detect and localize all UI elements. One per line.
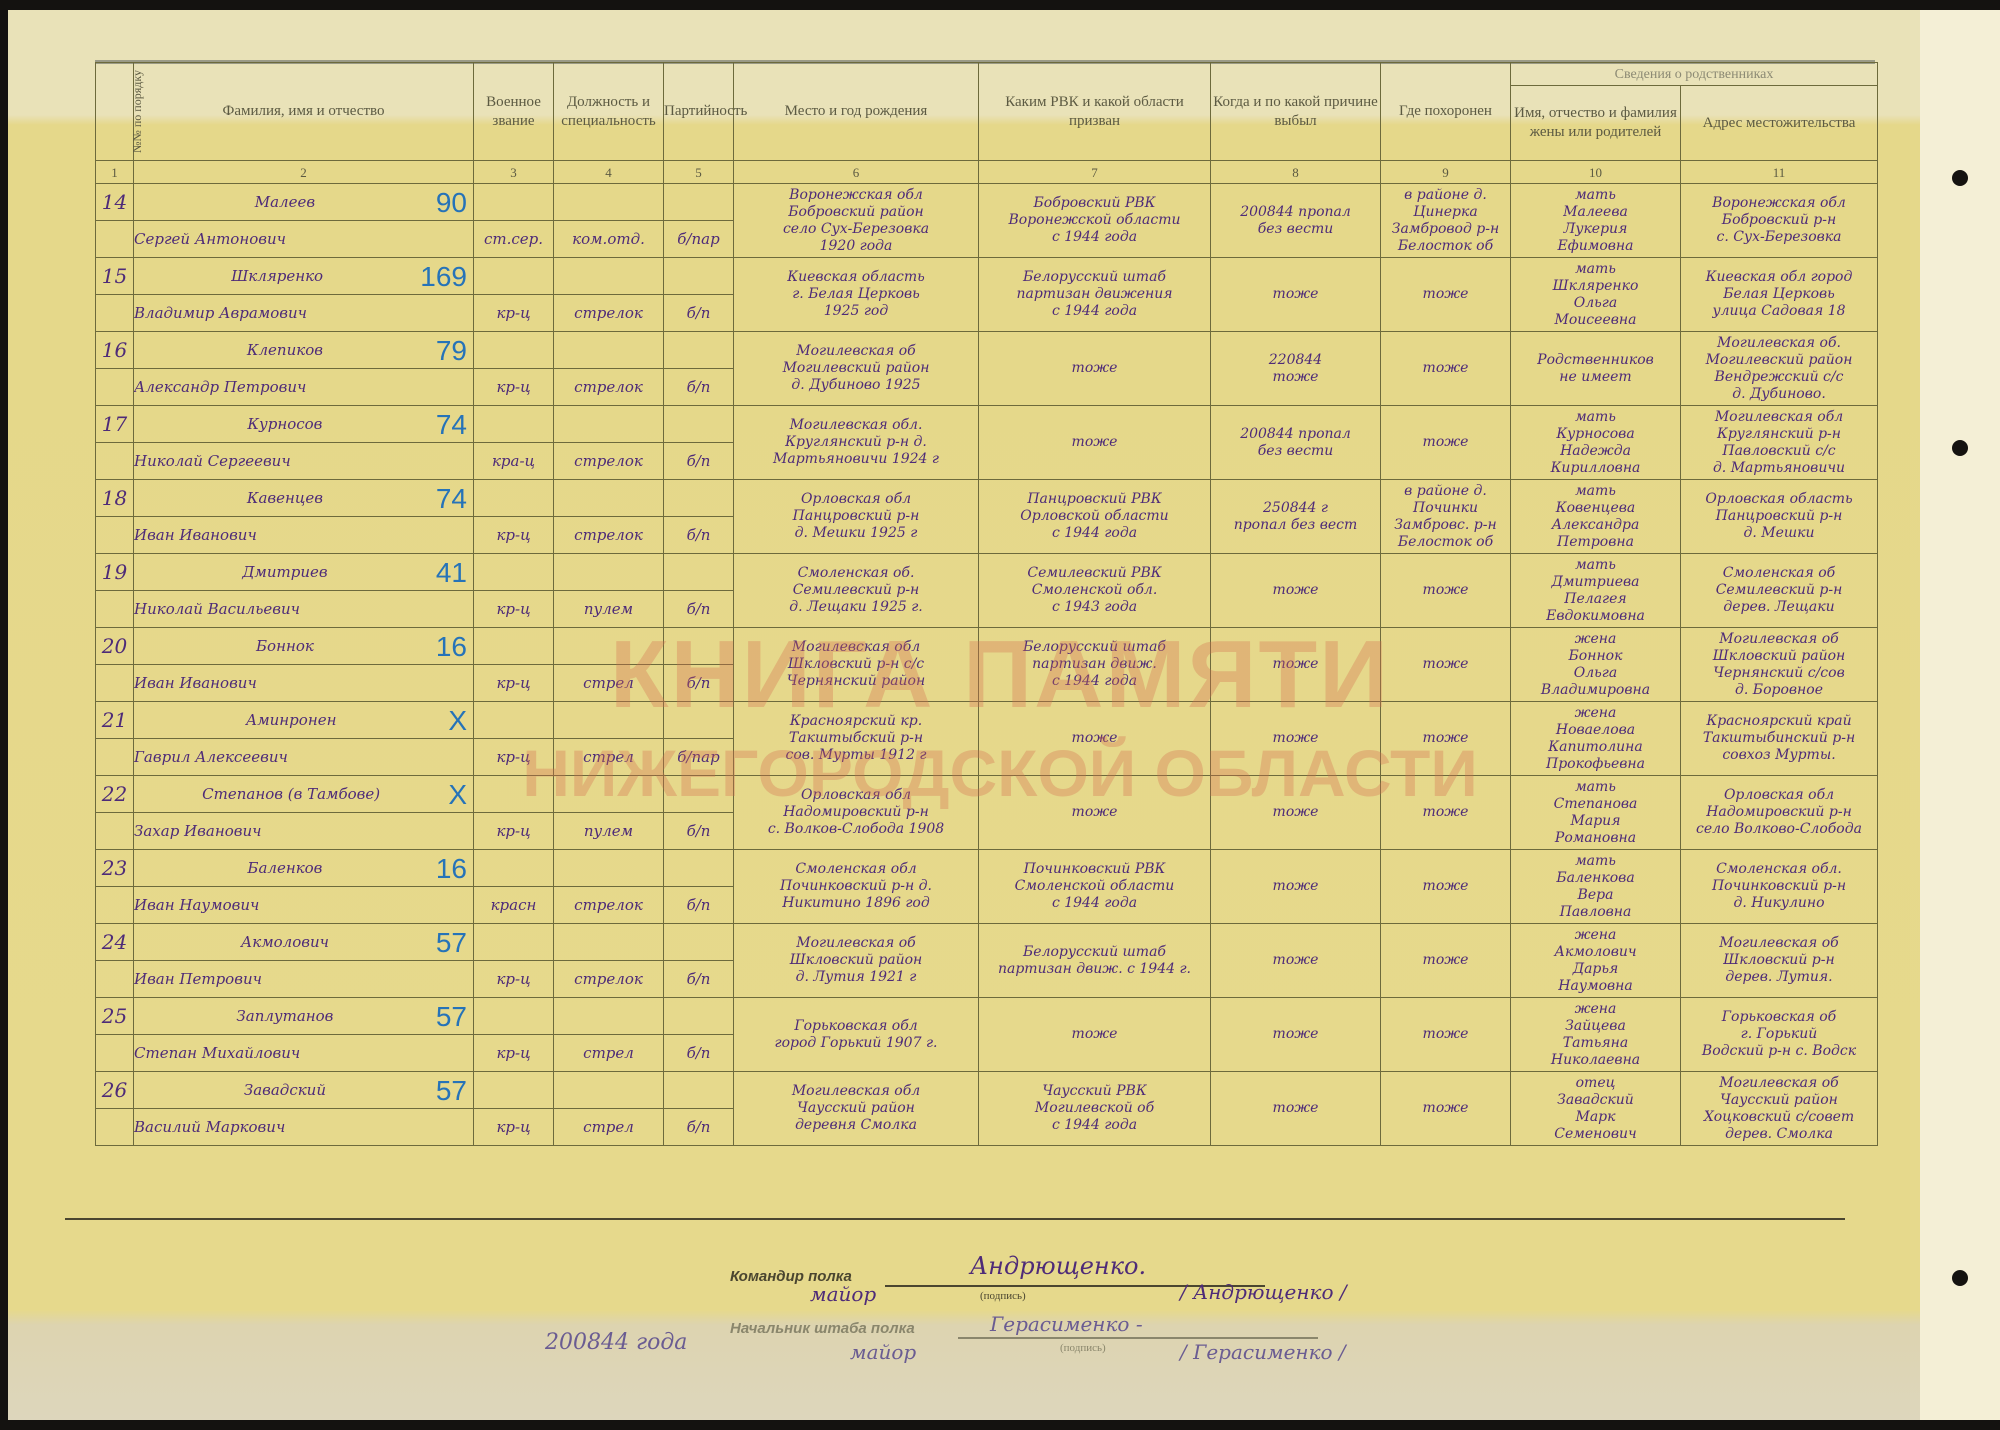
row-number: 22	[96, 776, 134, 813]
given-names: Сергей Антонович	[134, 221, 474, 258]
party-cell	[664, 406, 734, 443]
commander-name: / Андрющенко /	[1180, 1280, 1347, 1304]
position: стрелок	[554, 887, 664, 924]
party-cell	[664, 258, 734, 295]
surname: Завадский	[244, 1081, 326, 1099]
relative-cell: матьСтепановаМарияРомановна	[1511, 776, 1681, 850]
surname-cell: 41Дмитриев	[134, 554, 474, 591]
table-row: 2457АкмоловичМогилевская обШкловский рай…	[96, 924, 1878, 961]
page-backing	[1920, 10, 2000, 1420]
given-names: Иван Иванович	[134, 517, 474, 554]
signature-line	[958, 1337, 1318, 1339]
surname: Заплутанов	[236, 1007, 333, 1025]
table-row: 15169ШкляренкоКиевская областьг. Белая Ц…	[96, 258, 1878, 295]
buried-cell: тоже	[1381, 850, 1511, 924]
column-number: 6	[734, 161, 979, 184]
draft-cell: тоже	[979, 776, 1211, 850]
surname-cell: 16Боннок	[134, 628, 474, 665]
left-cell: тоже	[1211, 628, 1381, 702]
party-cell	[664, 850, 734, 887]
buried-cell: тоже	[1381, 628, 1511, 702]
left-cell: тоже	[1211, 850, 1381, 924]
party-cell	[664, 1072, 734, 1109]
position-cell	[554, 1072, 664, 1109]
binder-hole	[1952, 170, 1968, 186]
buried-cell: тоже	[1381, 406, 1511, 480]
buried-cell: тоже	[1381, 998, 1511, 1072]
surname: Малеев	[255, 193, 315, 211]
archive-mark: X	[448, 712, 467, 729]
surname: Акмолович	[241, 933, 329, 951]
given-names: Николай Васильевич	[134, 591, 474, 628]
draft-cell: Бобровский РВКВоронежской областис 1944 …	[979, 184, 1211, 258]
surname-cell: 57Завадский	[134, 1072, 474, 1109]
party-cell	[664, 554, 734, 591]
rank: красн	[474, 887, 554, 924]
party-cell	[664, 480, 734, 517]
archive-mark: 41	[436, 564, 467, 581]
rank-cell	[474, 332, 554, 369]
row-number: 18	[96, 480, 134, 517]
draft-cell: тоже	[979, 406, 1211, 480]
position: стрелок	[554, 369, 664, 406]
relative-cell: женаАкмоловичДарьяНаумовна	[1511, 924, 1681, 998]
losses-table: №№ по порядку Фамилия, имя и отчество Во…	[95, 62, 1878, 1146]
relatives-group-header: Сведения о родственниках	[1511, 63, 1878, 86]
position: стрелок	[554, 517, 664, 554]
party: б/п	[664, 1035, 734, 1072]
address-cell: Могилевская обШкловский районЧернянский …	[1681, 628, 1878, 702]
left-cell: 200844 пропалбез вести	[1211, 406, 1381, 480]
address-cell: Орловская областьПанцровский р-нд. Мешки	[1681, 480, 1878, 554]
position: стрелок	[554, 443, 664, 480]
position-cell	[554, 850, 664, 887]
row-number: 24	[96, 924, 134, 961]
rank: кр-ц	[474, 813, 554, 850]
surname-cell: 74Кавенцев	[134, 480, 474, 517]
draft-cell: Семилевский РВКСмоленской обл.с 1943 год…	[979, 554, 1211, 628]
rank: кр-ц	[474, 1035, 554, 1072]
row-number-blank	[96, 369, 134, 406]
buried-cell: тоже	[1381, 776, 1511, 850]
col-buried-header: Где похоронен	[1381, 63, 1511, 161]
address-cell: Киевская обл городБелая Церковьулица Сад…	[1681, 258, 1878, 332]
party-cell	[664, 702, 734, 739]
row-number-blank	[96, 517, 134, 554]
draft-cell: Починковский РВКСмоленской областис 1944…	[979, 850, 1211, 924]
party: б/пар	[664, 739, 734, 776]
address-cell: Могилевская об.Могилевский районВендрежс…	[1681, 332, 1878, 406]
position: стрелок	[554, 295, 664, 332]
column-number: 4	[554, 161, 664, 184]
birth-cell: Могилевская обШкловский районд. Лутия 19…	[734, 924, 979, 998]
row-number-blank	[96, 591, 134, 628]
buried-cell: тоже	[1381, 702, 1511, 776]
position-cell	[554, 406, 664, 443]
draft-cell: Белорусский штабпартизан движенияс 1944 …	[979, 258, 1211, 332]
rank: ст.сер.	[474, 221, 554, 258]
table-row: 2016БоннокМогилевская облШкловский р-н с…	[96, 628, 1878, 665]
rank-cell	[474, 924, 554, 961]
given-names: Василий Маркович	[134, 1109, 474, 1146]
row-number: 19	[96, 554, 134, 591]
rank-cell	[474, 1072, 554, 1109]
party: б/п	[664, 369, 734, 406]
column-number: 7	[979, 161, 1211, 184]
party: б/п	[664, 961, 734, 998]
archive-mark: 79	[436, 342, 467, 359]
party: б/п	[664, 1109, 734, 1146]
binder-hole	[1952, 440, 1968, 456]
draft-cell: Белорусский штабпартизан движ. с 1944 г.	[979, 924, 1211, 998]
relative-cell: матьДмитриеваПелагеяЕвдокимовна	[1511, 554, 1681, 628]
party: б/п	[664, 517, 734, 554]
rank: кр-ц	[474, 517, 554, 554]
rank-cell	[474, 702, 554, 739]
party-cell	[664, 998, 734, 1035]
relative-cell: женаЗайцеваТатьянаНиколаевна	[1511, 998, 1681, 1072]
position-cell	[554, 184, 664, 221]
relative-cell: матьКовенцеваАлександраПетровна	[1511, 480, 1681, 554]
position: пулем	[554, 813, 664, 850]
rank: кр-ц	[474, 591, 554, 628]
address-cell: Могилевская обШкловский р-ндерев. Лутия.	[1681, 924, 1878, 998]
surname: Шкляренко	[231, 267, 323, 285]
birth-cell: Орловская облПанцровский р-нд. Мешки 192…	[734, 480, 979, 554]
row-number-blank	[96, 739, 134, 776]
table-row: 1490МалеевВоронежская облБобровский райо…	[96, 184, 1878, 221]
col-rank-header: Военное звание	[474, 63, 554, 161]
given-names: Захар Иванович	[134, 813, 474, 850]
archive-mark: 16	[436, 638, 467, 655]
position: стрелок	[554, 961, 664, 998]
birth-cell: Смоленская об.Семилевский р-нд. Лещаки 1…	[734, 554, 979, 628]
rank-cell	[474, 850, 554, 887]
rank-cell	[474, 406, 554, 443]
relative-cell: матьБаленковаВераПавловна	[1511, 850, 1681, 924]
given-names: Владимир Аврамович	[134, 295, 474, 332]
surname: Аминронен	[246, 711, 337, 729]
commander-rank: майор	[810, 1282, 876, 1306]
table-row: 22XСтепанов (в Тамбове)Орловская облНадо…	[96, 776, 1878, 813]
col-address-header: Адрес местожительства	[1681, 86, 1878, 161]
birth-cell: Могилевская облЧаусский райондеревня Смо…	[734, 1072, 979, 1146]
column-number: 5	[664, 161, 734, 184]
left-cell: тоже	[1211, 924, 1381, 998]
row-number-blank	[96, 221, 134, 258]
binder-hole	[1952, 1270, 1968, 1286]
table-row: 1874КавенцевОрловская облПанцровский р-н…	[96, 480, 1878, 517]
surname: Клепиков	[247, 341, 323, 359]
archive-mark: 57	[436, 1082, 467, 1099]
row-number: 25	[96, 998, 134, 1035]
signature-caption: (подпись)	[980, 1290, 1026, 1302]
col-relative-header: Имя, отчество и фамилия жены или родител…	[1511, 86, 1681, 161]
position: стрел	[554, 1109, 664, 1146]
given-names: Иван Наумович	[134, 887, 474, 924]
address-cell: Горьковская обг. ГорькийВодский р-н с. В…	[1681, 998, 1878, 1072]
surname-cell: 79Клепиков	[134, 332, 474, 369]
rank: кр-ц	[474, 665, 554, 702]
left-cell: тоже	[1211, 258, 1381, 332]
column-number: 2	[134, 161, 474, 184]
given-names: Александр Петрович	[134, 369, 474, 406]
commander-signature: Андрющенко.	[970, 1252, 1146, 1280]
draft-cell: тоже	[979, 702, 1211, 776]
column-number: 8	[1211, 161, 1381, 184]
chief-name: / Герасименко /	[1180, 1340, 1346, 1364]
surname-cell: 57Заплутанов	[134, 998, 474, 1035]
archive-mark: 57	[436, 1008, 467, 1025]
position-cell	[554, 702, 664, 739]
row-number-blank	[96, 1109, 134, 1146]
surname: Боннок	[256, 637, 314, 655]
position: пулем	[554, 591, 664, 628]
rank: кр-ц	[474, 1109, 554, 1146]
surname: Степанов (в Тамбове)	[202, 785, 380, 803]
party: б/пар	[664, 221, 734, 258]
col-birth-header: Место и год рождения	[734, 63, 979, 161]
archive-mark: 74	[436, 416, 467, 433]
draft-cell: Белорусский штабпартизан движ.с 1944 год…	[979, 628, 1211, 702]
left-cell: тоже	[1211, 702, 1381, 776]
surname-cell: 57Акмолович	[134, 924, 474, 961]
relative-cell: матьКурносоваНадеждаКирилловна	[1511, 406, 1681, 480]
address-cell: Могилевская облКруглянский р-нПавловский…	[1681, 406, 1878, 480]
column-number: 11	[1681, 161, 1878, 184]
given-names: Иван Петрович	[134, 961, 474, 998]
surname-cell: 169Шкляренко	[134, 258, 474, 295]
draft-cell: тоже	[979, 998, 1211, 1072]
row-number: 20	[96, 628, 134, 665]
buried-cell: тоже	[1381, 554, 1511, 628]
position-cell	[554, 924, 664, 961]
position-cell	[554, 776, 664, 813]
address-cell: Смоленская обл.Починковский р-нд. Никули…	[1681, 850, 1878, 924]
row-number-blank	[96, 443, 134, 480]
rank-cell	[474, 480, 554, 517]
surname: Курносов	[247, 415, 322, 433]
archive-mark: 74	[436, 490, 467, 507]
buried-cell: в районе д.ЦинеркаЗамбровод р-нБелосток …	[1381, 184, 1511, 258]
draft-cell: тоже	[979, 332, 1211, 406]
position: ком.отд.	[554, 221, 664, 258]
birth-cell: Могилевская обМогилевский районд. Дубино…	[734, 332, 979, 406]
row-number-blank	[96, 295, 134, 332]
col-draft-header: Каким РВК и какой области призван	[979, 63, 1211, 161]
archive-mark: 16	[436, 860, 467, 877]
rank-cell	[474, 554, 554, 591]
rank-cell	[474, 184, 554, 221]
position-cell	[554, 554, 664, 591]
surname-cell: XАминронен	[134, 702, 474, 739]
row-number-blank	[96, 887, 134, 924]
party: б/п	[664, 665, 734, 702]
left-cell: тоже	[1211, 554, 1381, 628]
archive-mark: 90	[436, 194, 467, 211]
address-cell: Орловская облНадомировский р-нсело Волко…	[1681, 776, 1878, 850]
row-number: 15	[96, 258, 134, 295]
relative-cell: матьШкляренкоОльгаМоисеевна	[1511, 258, 1681, 332]
party-cell	[664, 776, 734, 813]
relative-cell: матьМалееваЛукерияЕфимовна	[1511, 184, 1681, 258]
position-cell	[554, 628, 664, 665]
buried-cell: в районе д.ПочинкиЗамбровс. р-нБелосток …	[1381, 480, 1511, 554]
col-position-header: Должность и специальность	[554, 63, 664, 161]
column-number: 10	[1511, 161, 1681, 184]
relative-cell: Родственниковне имеет	[1511, 332, 1681, 406]
draft-cell: Панцровский РВКОрловской областис 1944 г…	[979, 480, 1211, 554]
rank: кр-ц	[474, 295, 554, 332]
party-cell	[664, 628, 734, 665]
draft-cell: Чаусский РВКМогилевской обс 1944 года	[979, 1072, 1211, 1146]
rank: кр-ц	[474, 369, 554, 406]
birth-cell: Киевская областьг. Белая Церковь1925 год	[734, 258, 979, 332]
given-names: Гаврил Алексеевич	[134, 739, 474, 776]
birth-cell: Могилевская обл.Круглянский р-н д.Мартья…	[734, 406, 979, 480]
party: б/п	[664, 591, 734, 628]
left-cell: 250844 гпропал без вест	[1211, 480, 1381, 554]
row-number-blank	[96, 813, 134, 850]
party-cell	[664, 184, 734, 221]
surname: Баленков	[247, 859, 322, 877]
chief-rank: майор	[850, 1340, 916, 1364]
position: стрел	[554, 665, 664, 702]
rank-cell	[474, 258, 554, 295]
birth-cell: Горьковская облгород Горький 1907 г.	[734, 998, 979, 1072]
position-cell	[554, 480, 664, 517]
row-number: 14	[96, 184, 134, 221]
position-cell	[554, 258, 664, 295]
surname: Дмитриев	[242, 563, 327, 581]
column-number: 1	[96, 161, 134, 184]
party-cell	[664, 924, 734, 961]
party: б/п	[664, 443, 734, 480]
archive-mark: 57	[436, 934, 467, 951]
rank: кр-ц	[474, 961, 554, 998]
left-cell: тоже	[1211, 998, 1381, 1072]
bottom-rule	[65, 1218, 1845, 1220]
surname: Кавенцев	[247, 489, 323, 507]
row-number-blank	[96, 665, 134, 702]
party-cell	[664, 332, 734, 369]
col-left-header: Когда и по какой причине выбыл	[1211, 63, 1381, 161]
col-party-header: Партийность	[664, 63, 734, 161]
rank: кра-ц	[474, 443, 554, 480]
row-number: 23	[96, 850, 134, 887]
row-number: 16	[96, 332, 134, 369]
party: б/п	[664, 295, 734, 332]
position-cell	[554, 998, 664, 1035]
party: б/п	[664, 887, 734, 924]
birth-cell: Могилевская облШкловский р-н с/сЧернянск…	[734, 628, 979, 702]
table-row: 1941ДмитриевСмоленская об.Семилевский р-…	[96, 554, 1878, 591]
left-cell: тоже	[1211, 776, 1381, 850]
col-num-header: №№ по порядку	[96, 63, 134, 161]
document-date: 200844 года	[545, 1330, 687, 1355]
address-cell: Воронежская облБобровский р-нс. Сух-Бере…	[1681, 184, 1878, 258]
table-row: 1679КлепиковМогилевская обМогилевский ра…	[96, 332, 1878, 369]
row-number-blank	[96, 961, 134, 998]
row-number: 17	[96, 406, 134, 443]
position: стрел	[554, 1035, 664, 1072]
relative-cell: отецЗавадскийМаркСеменович	[1511, 1072, 1681, 1146]
archive-mark: X	[448, 786, 467, 803]
relative-cell: женаНоваеловаКапитолинаПрокофьевна	[1511, 702, 1681, 776]
buried-cell: тоже	[1381, 258, 1511, 332]
rank: кр-ц	[474, 739, 554, 776]
address-cell: Могилевская обЧаусский районХоцковский с…	[1681, 1072, 1878, 1146]
given-names: Николай Сергеевич	[134, 443, 474, 480]
surname-cell: XСтепанов (в Тамбове)	[134, 776, 474, 813]
position: стрел	[554, 739, 664, 776]
buried-cell: тоже	[1381, 332, 1511, 406]
left-cell: 200844 пропалбез вести	[1211, 184, 1381, 258]
archive-mark: 169	[420, 268, 467, 285]
birth-cell: Смоленская облПочинковский р-н д.Никитин…	[734, 850, 979, 924]
table-row: 2657ЗавадскийМогилевская облЧаусский рай…	[96, 1072, 1878, 1109]
birth-cell: Орловская облНадомировский р-нс. Волков-…	[734, 776, 979, 850]
address-cell: Красноярский крайТакштыбинский р-нсовхоз…	[1681, 702, 1878, 776]
signature-caption: (подпись)	[1060, 1342, 1106, 1354]
chief-label: Начальник штаба полка	[730, 1320, 915, 1337]
table-row: 2557ЗаплутановГорьковская облгород Горьк…	[96, 998, 1878, 1035]
surname-cell: 16Баленков	[134, 850, 474, 887]
column-number: 9	[1381, 161, 1511, 184]
party: б/п	[664, 813, 734, 850]
given-names: Степан Михайлович	[134, 1035, 474, 1072]
row-number: 26	[96, 1072, 134, 1109]
position-cell	[554, 332, 664, 369]
table-row: 21XАминроненКрасноярский кр.Такштыбский …	[96, 702, 1878, 739]
rank-cell	[474, 998, 554, 1035]
surname-cell: 74Курносов	[134, 406, 474, 443]
given-names: Иван Иванович	[134, 665, 474, 702]
birth-cell: Воронежская облБобровский районсело Сух-…	[734, 184, 979, 258]
relative-cell: женаБоннокОльгаВладимировна	[1511, 628, 1681, 702]
row-number: 21	[96, 702, 134, 739]
left-cell: 220844тоже	[1211, 332, 1381, 406]
table-row: 1774КурносовМогилевская обл.Круглянский …	[96, 406, 1878, 443]
buried-cell: тоже	[1381, 924, 1511, 998]
left-cell: тоже	[1211, 1072, 1381, 1146]
address-cell: Смоленская обСемилевский р-ндерев. Лещак…	[1681, 554, 1878, 628]
column-number: 3	[474, 161, 554, 184]
rank-cell	[474, 776, 554, 813]
chief-signature: Герасименко -	[990, 1312, 1143, 1336]
row-number-blank	[96, 1035, 134, 1072]
birth-cell: Красноярский кр.Такштыбский р-нсов. Мурт…	[734, 702, 979, 776]
rank-cell	[474, 628, 554, 665]
surname-cell: 90Малеев	[134, 184, 474, 221]
table-row: 2316БаленковСмоленская облПочинковский р…	[96, 850, 1878, 887]
col-name-header: Фамилия, имя и отчество	[134, 63, 474, 161]
buried-cell: тоже	[1381, 1072, 1511, 1146]
